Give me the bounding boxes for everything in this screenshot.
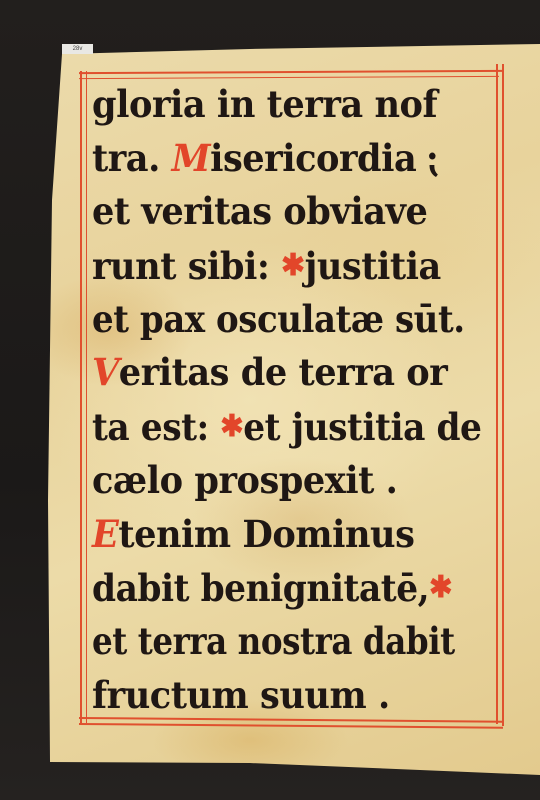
red-asterisk-icon: ✱ bbox=[429, 570, 452, 605]
line-text: et veritas obviave bbox=[92, 189, 427, 233]
red-initial-v: V bbox=[92, 350, 119, 394]
line-text: cælo prospexit . bbox=[92, 458, 397, 502]
punctus-mark: ⁏ bbox=[428, 136, 441, 180]
line-text: et pax osculatæ sūt. bbox=[92, 297, 465, 341]
line-text: fructum suum . bbox=[92, 673, 390, 717]
frame-left-inner bbox=[86, 71, 87, 723]
frame-bottom-outer bbox=[79, 723, 503, 728]
text-line-11: et terra nostra dabit bbox=[92, 615, 462, 669]
line-text: tenim Dominus bbox=[118, 512, 414, 556]
text-line-7: ta est: ✱et justitia de bbox=[92, 400, 483, 454]
text-line-12: fructum suum . bbox=[92, 669, 491, 723]
red-asterisk-icon: ✱ bbox=[281, 248, 304, 283]
line-text: gloria in terra nof bbox=[92, 82, 437, 126]
line-text: isericordia bbox=[210, 136, 428, 180]
line-text: dabit benignitatē, bbox=[92, 566, 429, 610]
text-line-9: Etenim Dominus bbox=[92, 508, 491, 562]
text-line-10: dabit benignitatē,✱ bbox=[92, 561, 483, 615]
text-line-4: runt sibi: ✱justitia bbox=[92, 239, 491, 293]
line-text: justitia bbox=[305, 244, 441, 288]
line-text: eritas de terra or bbox=[119, 350, 448, 394]
text-line-2: tra. Misericordia ⁏ bbox=[92, 132, 491, 186]
red-asterisk-icon: ✱ bbox=[220, 409, 243, 444]
manuscript-text: gloria in terra nof tra. Misericordia ⁏ … bbox=[92, 78, 512, 722]
line-text: et terra nostra dabit bbox=[92, 619, 455, 663]
frame-top-outer bbox=[79, 70, 503, 74]
folio-label: 28v bbox=[62, 44, 93, 54]
text-line-8: cælo prospexit . bbox=[92, 454, 491, 508]
line-text: et justitia de bbox=[243, 405, 481, 449]
red-initial-m: M bbox=[172, 136, 210, 180]
red-initial-e: E bbox=[92, 512, 118, 556]
text-line-5: et pax osculatæ sūt. bbox=[92, 293, 478, 347]
text-line-3: et veritas obviave bbox=[92, 185, 491, 239]
text-line-6: Veritas de terra or bbox=[92, 346, 491, 400]
line-text: ta est: bbox=[92, 405, 220, 449]
text-line-1: gloria in terra nof bbox=[92, 78, 491, 132]
line-text: tra. bbox=[92, 136, 172, 180]
line-text: runt sibi: bbox=[92, 244, 281, 288]
frame-left-outer bbox=[80, 71, 82, 723]
